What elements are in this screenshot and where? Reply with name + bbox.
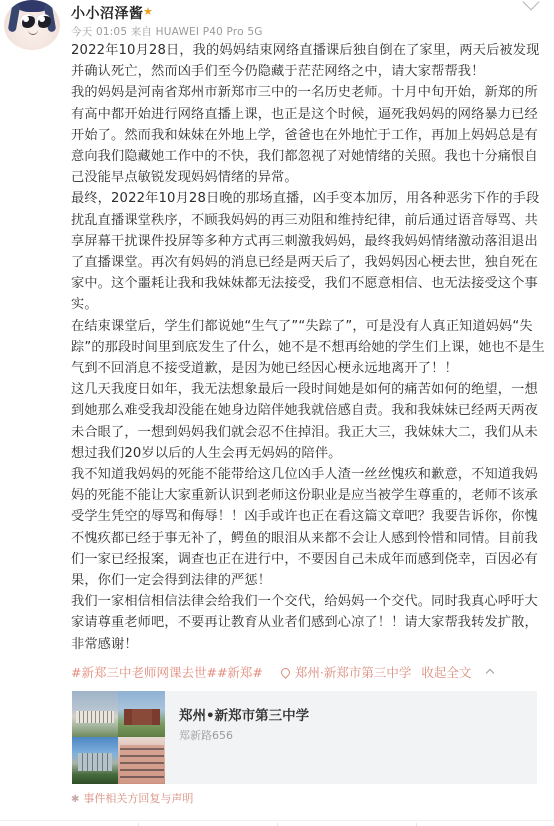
- event-statement-link[interactable]: ✱事件相关方回复与声明: [71, 790, 193, 806]
- paragraph: 在结束课堂后，学生们都说她“生气了”“失踪了”，可是没有人真正知道妈妈“失踪”的…: [71, 316, 549, 380]
- location-card-title: 郑州•新郑市第三中学: [179, 704, 309, 724]
- school-photo: [72, 691, 118, 737]
- sparkle-icon: ✱: [71, 794, 79, 805]
- paragraph: 我的妈妈是河南省郑州市新郑市三中的一名历史老师。十月中旬开始，新郑的所有高中都开…: [71, 82, 549, 188]
- author-name[interactable]: 小小沼泽酱: [71, 3, 144, 23]
- location-photos: [72, 691, 165, 784]
- avatar[interactable]: [4, 0, 60, 50]
- post-content: 2022年10月28日，我的妈妈结束网络直播课后独自倒在了家里，两天后被发现并确…: [71, 40, 549, 655]
- paragraph: 最终，2022年10月28日晚的那场直播，凶手变本加厉，用各种恶劣下作的手段扰乱…: [71, 188, 549, 315]
- location-label: 郑州·新郑市第三中学: [295, 665, 411, 680]
- post-meta: 今天 01:05 来自 HUAWEI P40 Pro 5G: [71, 24, 263, 39]
- event-link-label: 事件相关方回复与声明: [83, 792, 193, 805]
- post-tags-row: #新郑三中老师网课去世##新郑# 郑州·新郑市第三中学 收起全文: [71, 663, 549, 683]
- action-bar: [0, 820, 554, 826]
- location-card-address: 郑新路656: [179, 727, 233, 743]
- school-building-photo: [118, 737, 165, 784]
- paragraph: 我们一家相信相信法律会给我们一个交代，给妈妈一个交代。同时我真心呼吁大家请尊重老…: [71, 591, 549, 655]
- paragraph: 2022年10月28日，我的妈妈结束网络直播课后独自倒在了家里，两天后被发现并确…: [71, 40, 549, 82]
- weibo-post: 小小沼泽酱 ★ 今天 01:05 来自 HUAWEI P40 Pro 5G 20…: [0, 0, 554, 826]
- chevron-up-icon[interactable]: [486, 669, 494, 677]
- paragraph: 我不知道我妈妈的死能不能带给这几位凶手人渣一丝丝愧疚和歉意，不知道我妈妈的死能不…: [71, 464, 549, 591]
- paragraph: 这几天我度日如年，我无法想象最后一段时间她是如何的痛苦如何的绝望，一想到她那么难…: [71, 379, 549, 464]
- collapse-text-button[interactable]: 收起全文: [421, 665, 471, 680]
- school-gate-photo: [118, 691, 165, 737]
- hashtag-link[interactable]: #新郑三中老师网课去世##新郑#: [71, 665, 263, 680]
- location-link[interactable]: 郑州·新郑市第三中学: [281, 665, 411, 680]
- location-pin-icon: [279, 666, 292, 679]
- school-photo: [72, 737, 118, 784]
- fan-badge-icon[interactable]: ★: [143, 6, 157, 18]
- chevron-down-icon[interactable]: [523, 0, 540, 10]
- location-card[interactable]: 郑州•新郑市第三中学 郑新路656: [72, 691, 537, 784]
